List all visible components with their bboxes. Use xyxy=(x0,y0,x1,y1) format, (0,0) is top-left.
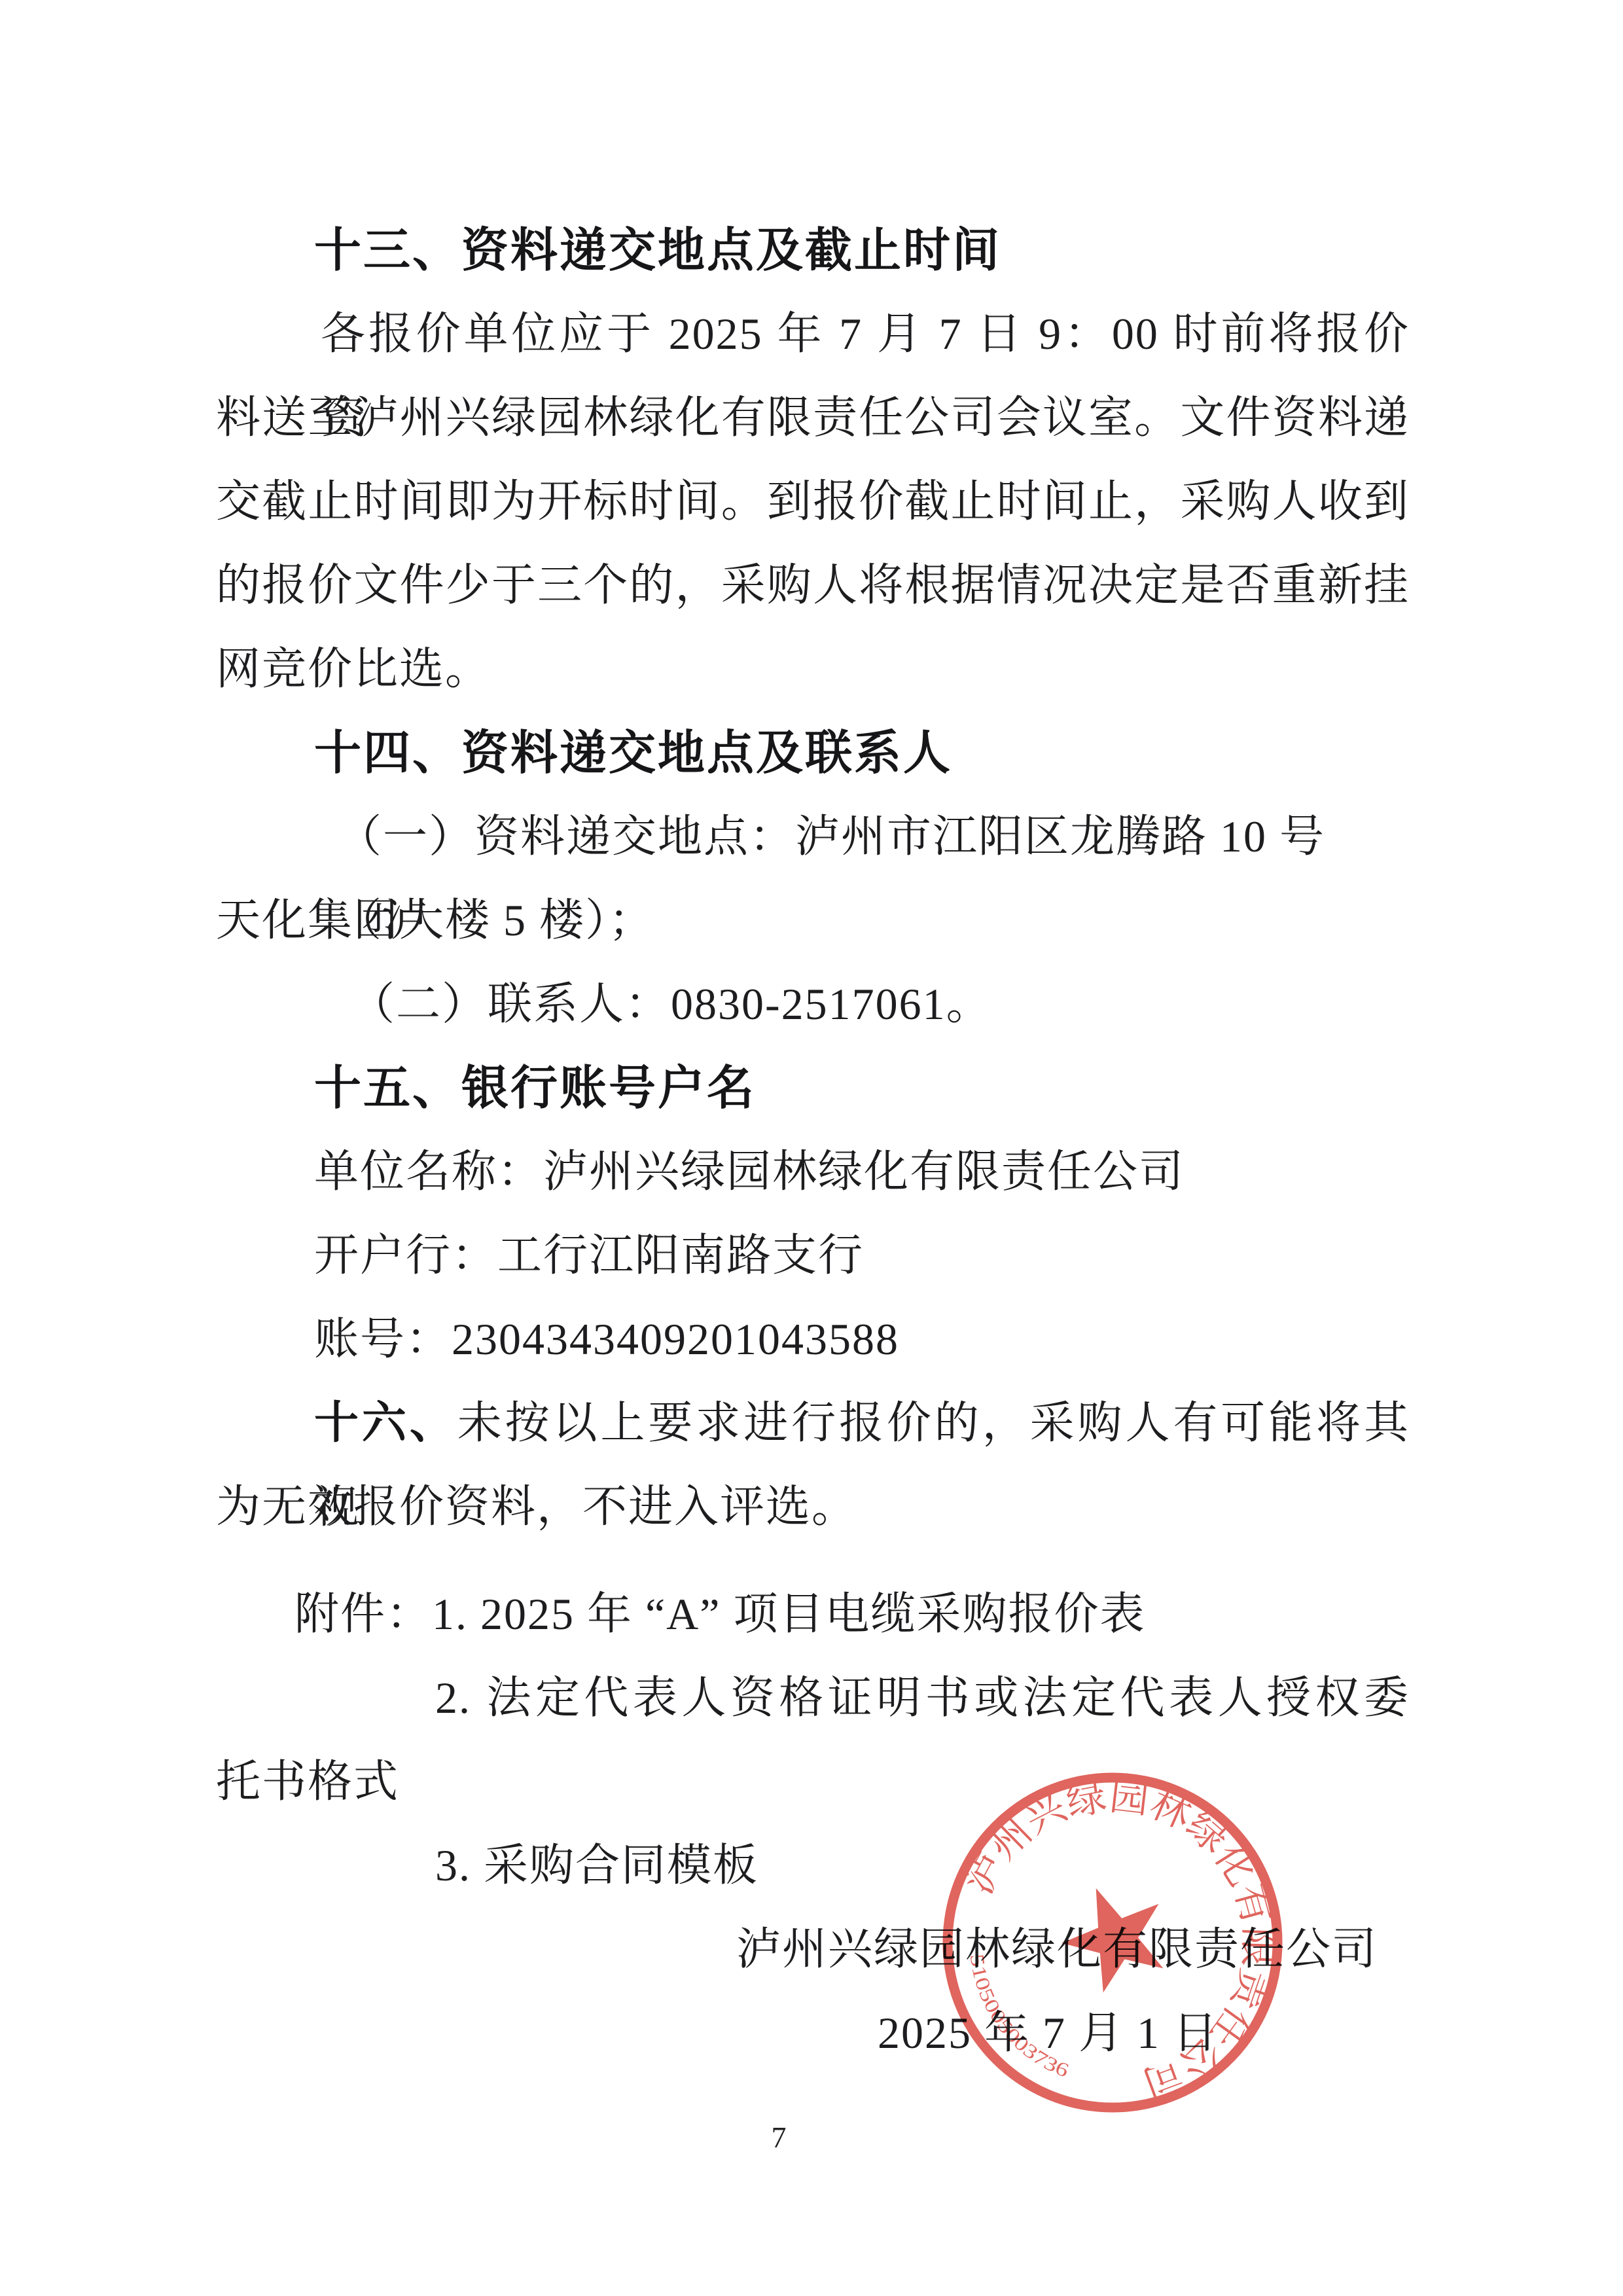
text-line: 天化集团大楼 5 楼）； xyxy=(216,878,1410,962)
page-number: 7 xyxy=(746,2118,811,2157)
text-line: 料送至泸州兴绿园林绿化有限责任公司会议室。文件资料递 xyxy=(216,376,1410,459)
text-line: 的报价文件少于三个的，采购人将根据情况决定是否重新挂 xyxy=(216,543,1410,627)
bank-branch: 开户行：工行江阳南路支行 xyxy=(314,1213,1410,1297)
text-line: 交截止时间即为开标时间。到报价截止时间止，采购人收到 xyxy=(216,459,1410,543)
document-body: 十三、资料递交地点及截止时间 各报价单位应于 2025 年 7 月 7 日 9：… xyxy=(216,208,1410,2075)
text-line: 为无效报价资料，不进入评选。 xyxy=(216,1465,1410,1549)
section-16-line: 十六、未按以上要求进行报价的，采购人有可能将其视 xyxy=(314,1381,1410,1465)
text-line: 网竞价比选。 xyxy=(216,627,1410,711)
bank-account-number: 账号：2304343409201043588 xyxy=(314,1297,1410,1381)
text-line: （一）资料递交地点：泸州市江阳区龙腾路 10 号（泸 xyxy=(337,795,1410,878)
text-line: 各报价单位应于 2025 年 7 月 7 日 9：00 时前将报价资 xyxy=(321,292,1410,376)
attachment-item-3: 3. 采购合同模板 xyxy=(435,1823,1410,1907)
attachment-item-2-cont: 托书格式 xyxy=(216,1740,1410,1823)
attachment-item-1: 附件：1. 2025 年 “A” 项目电缆采购报价表 xyxy=(294,1572,1410,1656)
signature-company-line: 泸州兴绿园林绿化有限责任公司 xyxy=(736,1907,1410,1991)
signature-date-line: 2025 年 7 月 1 日 xyxy=(878,1991,1410,2075)
text-line: （二）联系人：0830-2517061。 xyxy=(350,962,1410,1046)
heading-section-15: 十五、银行账号户名 xyxy=(314,1046,1410,1130)
heading-section-16: 十六、 xyxy=(314,1397,457,1449)
attachment-item-2: 2. 法定代表人资格证明书或法定代表人授权委 xyxy=(435,1656,1410,1740)
heading-section-14: 十四、资料递交地点及联系人 xyxy=(314,711,1410,795)
document-page: 十三、资料递交地点及截止时间 各报价单位应于 2025 年 7 月 7 日 9：… xyxy=(0,0,1623,2296)
bank-account-name: 单位名称：泸州兴绿园林绿化有限责任公司 xyxy=(314,1130,1410,1213)
heading-section-13: 十三、资料递交地点及截止时间 xyxy=(314,208,1410,292)
